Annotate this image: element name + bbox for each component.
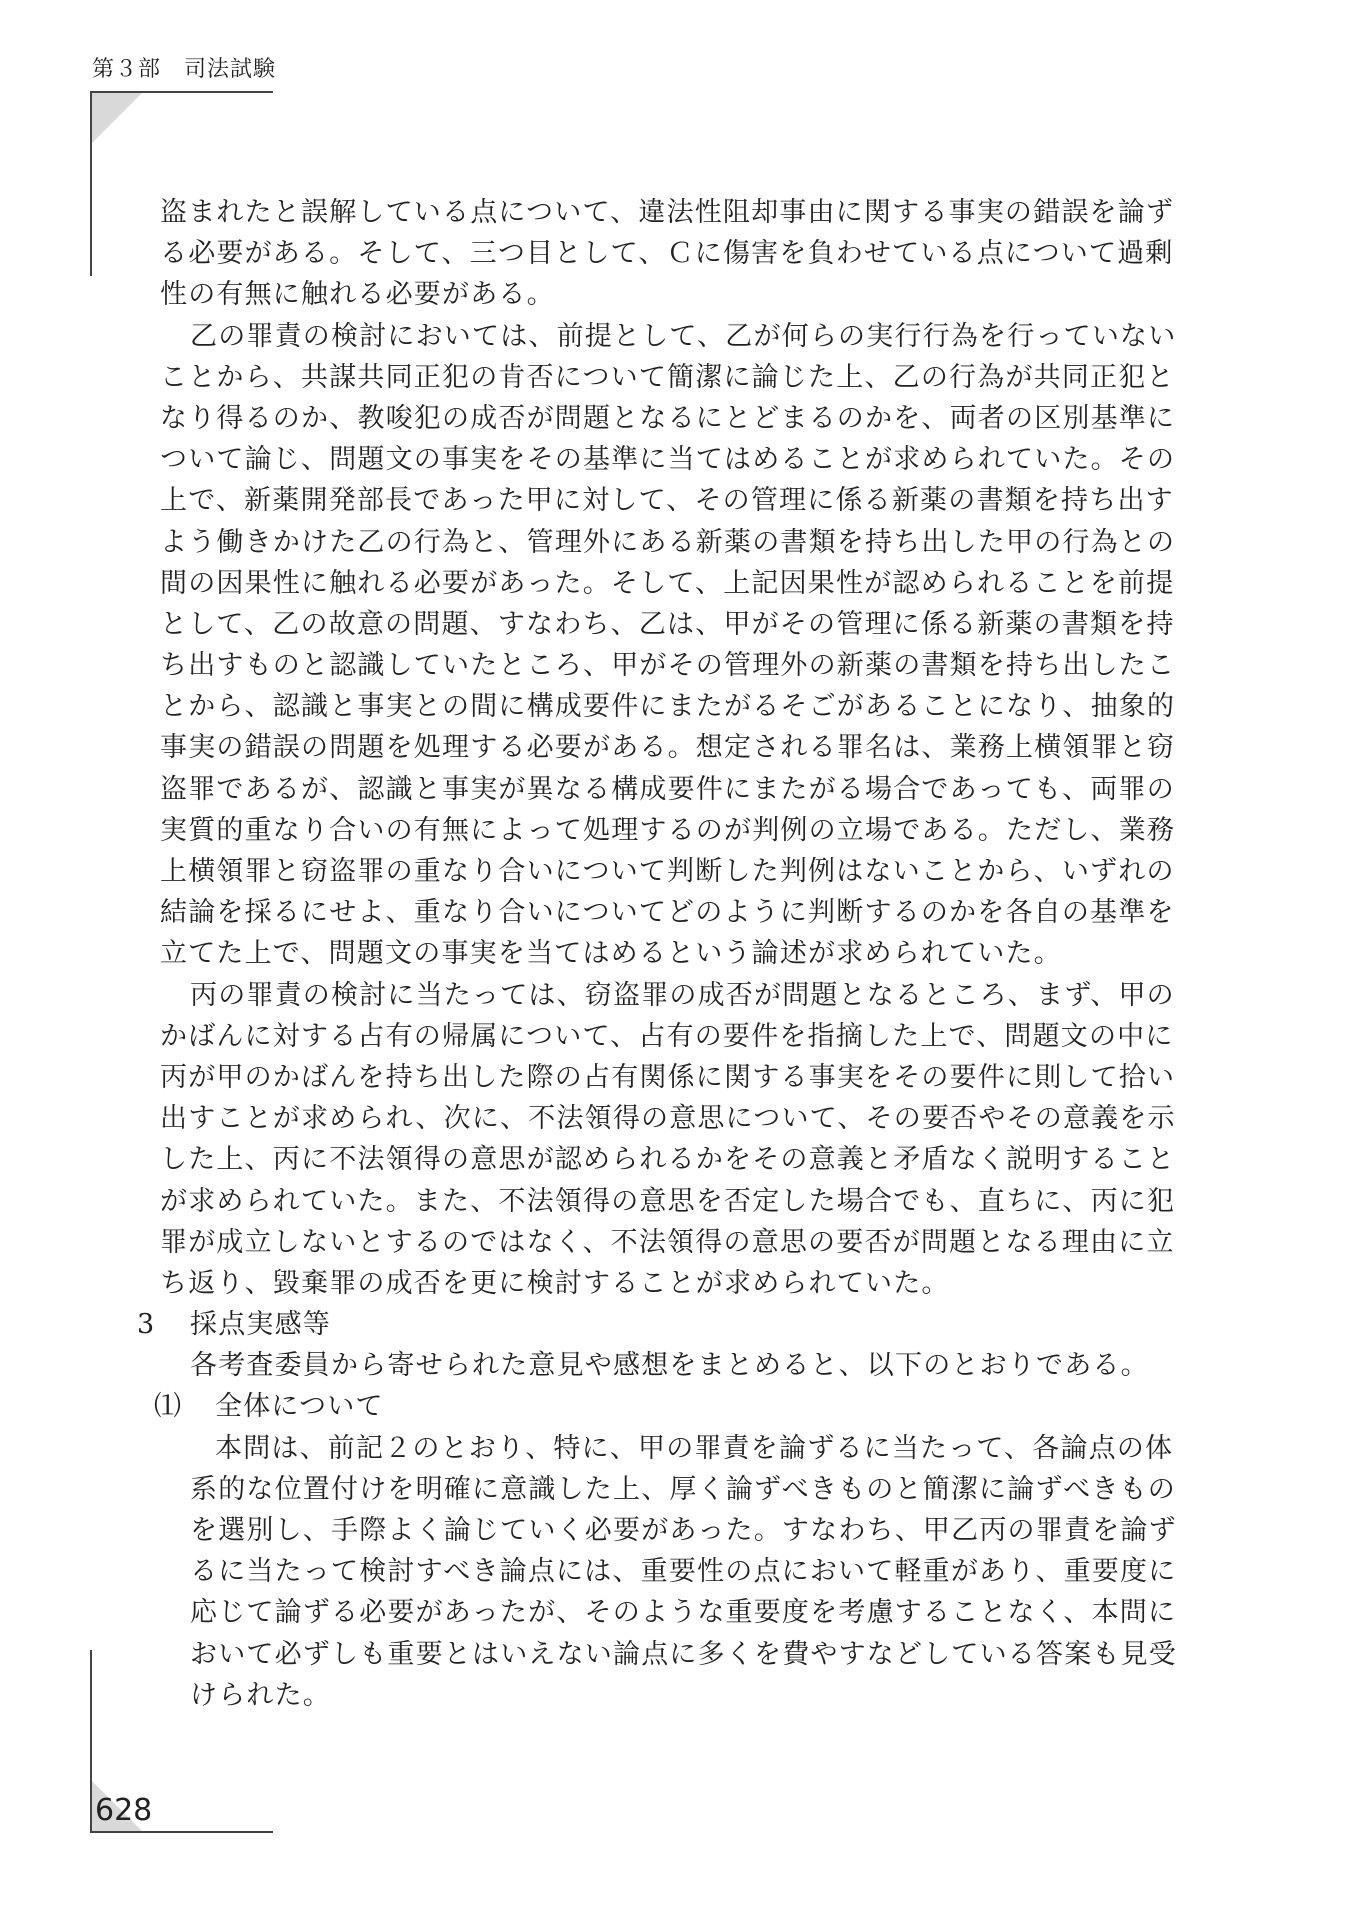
text-line: 乙の罪責の検討においては、前提として、乙が何らの実行行為を行っていない: [160, 316, 1150, 357]
section-title: 採点実感等: [160, 1309, 331, 1340]
running-head: 第３部 司法試験: [92, 52, 276, 83]
text-line: よう働きかけた乙の行為と、管理外にある新薬の書類を持ち出した甲の行為との: [160, 522, 1150, 563]
text-line: 丙の罪責の検討に当たっては、窃盗罪の成否が問題となるところ、まず、甲の: [160, 975, 1150, 1016]
text-line: ついて論じ、問題文の事実をその基準に当てはめることが求められていた。その: [160, 439, 1150, 480]
text-line: 性の有無に触れる必要がある。: [160, 274, 1150, 315]
text-line: 丙が甲のかばんを持ち出した際の占有関係に関する事実をその要件に則して拾い: [160, 1057, 1150, 1098]
text-line: ち出すものと認識していたところ、甲がその管理外の新薬の書類を持ち出したこ: [160, 645, 1150, 686]
text-line: 事実の錯誤の問題を処理する必要がある。想定される罪名は、業務上横領罪と窃: [160, 727, 1150, 768]
section-heading: 3 採点実感等: [160, 1304, 1150, 1345]
subsection-title: 全体について: [160, 1391, 384, 1422]
page-body: 盗まれたと誤解している点について、違法性阻却事由に関する事実の錯誤を論ず る必要…: [160, 192, 1150, 1716]
text-line: 本問は、前記２のとおり、特に、甲の罪責を論ずるに当たって、各論点の体: [160, 1428, 1150, 1469]
text-line: 盗まれたと誤解している点について、違法性阻却事由に関する事実の錯誤を論ず: [160, 192, 1150, 233]
text-line: 罪が成立しないとするのではなく、不法領得の意思の要否が問題となる理由に立: [160, 1222, 1150, 1263]
section-number: 3: [137, 1304, 155, 1345]
text-line: なり得るのか、教唆犯の成否が問題となるにとどまるのかを、両者の区別基準に: [160, 398, 1150, 439]
text-line: 立てた上で、問題文の事実を当てはめるという論述が求められていた。: [160, 933, 1150, 974]
text-line: おいて必ずしも重要とはいえない論点に多くを費やすなどしている答案も見受: [160, 1634, 1150, 1675]
text-line: 結論を採るにせよ、重なり合いについてどのように判断するのかを各自の基準を: [160, 892, 1150, 933]
text-line: とから、認識と事実との間に構成要件にまたがるそごがあることになり、抽象的: [160, 686, 1150, 727]
text-line: として、乙の故意の問題、すなわち、乙は、甲がその管理に係る新薬の書類を持: [160, 604, 1150, 645]
page-number: 628: [95, 1793, 152, 1828]
text-line: かばんに対する占有の帰属について、占有の要件を指摘した上で、問題文の中に: [160, 1016, 1150, 1057]
corner-bracket-bottom-horizontal: [90, 1831, 273, 1833]
text-line: る必要がある。そして、三つ目として、Ｃに傷害を負わせている点について過剰: [160, 233, 1150, 274]
text-line: が求められていた。また、不法領得の意思を否定した場合でも、直ちに、丙に犯: [160, 1181, 1150, 1222]
text-line: 出すことが求められ、次に、不法領得の意思について、その要否やその意義を示: [160, 1098, 1150, 1139]
corner-triangle-top-icon: [92, 93, 142, 143]
subsection-number: ⑴: [154, 1386, 182, 1427]
text-line: 間の因果性に触れる必要があった。そして、上記因果性が認められることを前提: [160, 563, 1150, 604]
text-line: けられた。: [160, 1675, 1150, 1716]
text-line: 実質的重なり合いの有無によって処理するのが判例の立場である。ただし、業務: [160, 810, 1150, 851]
text-line: した上、丙に不法領得の意思が認められるかをその意義と矛盾なく説明すること: [160, 1139, 1150, 1180]
text-line: 各考査委員から寄せられた意見や感想をまとめると、以下のとおりである。: [160, 1345, 1150, 1386]
text-line: るに当たって検討すべき論点には、重要性の点において軽重があり、重要度に: [160, 1551, 1150, 1592]
text-line: 系的な位置付けを明確に意識した上、厚く論ずべきものと簡潔に論ずべきもの: [160, 1469, 1150, 1510]
text-line: ち返り、毀棄罪の成否を更に検討することが求められていた。: [160, 1263, 1150, 1304]
text-line: 上横領罪と窃盗罪の重なり合いについて判断した判例はないことから、いずれの: [160, 851, 1150, 892]
text-line: を選別し、手際よく論じていく必要があった。すなわち、甲乙丙の罪責を論ず: [160, 1510, 1150, 1551]
text-line: 上で、新薬開発部長であった甲に対して、その管理に係る新薬の書類を持ち出す: [160, 480, 1150, 521]
text-line: 盗罪であるが、認識と事実が異なる構成要件にまたがる場合であっても、両罪の: [160, 769, 1150, 810]
text-line: 応じて論ずる必要があったが、そのような重要度を考慮することなく、本問に: [160, 1592, 1150, 1633]
text-line: ことから、共謀共同正犯の肯否について簡潔に論じた上、乙の行為が共同正犯と: [160, 357, 1150, 398]
subsection-heading: ⑴ 全体について: [160, 1386, 1150, 1427]
